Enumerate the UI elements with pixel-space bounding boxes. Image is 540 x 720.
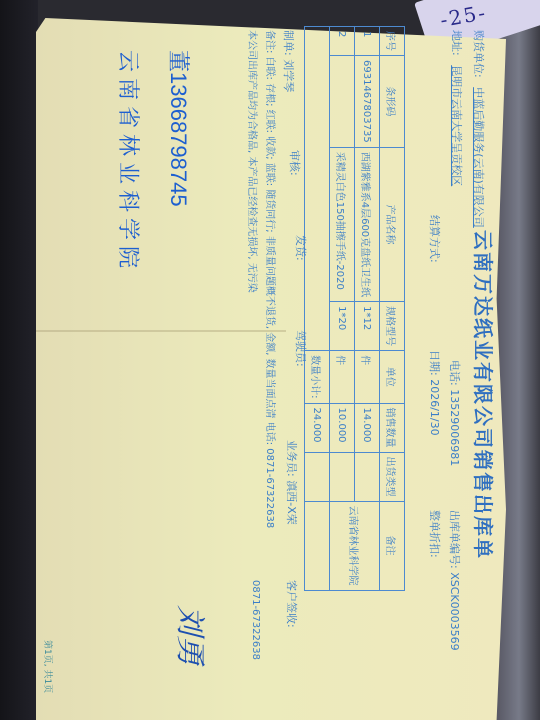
maker-value: 刘学琴 (282, 59, 295, 92)
buyer-row: 购货单位: 中蓝后勤服务(云南)有限公司 (471, 30, 487, 228)
cell-no: 1 (355, 27, 380, 56)
cell-unit: 件 (355, 351, 380, 403)
col-note: 备注 (380, 501, 405, 590)
salesman-value: 滇西-X荣 (285, 480, 298, 525)
cell-name: 采精灵白色150抽擦手纸-2020 (330, 147, 355, 301)
cell-qty: 10.000 (330, 403, 355, 452)
date-row: 日期: 2026/1/30 (427, 350, 443, 436)
cell-qty: 14.000 (355, 403, 380, 452)
col-type: 出货类型 (380, 452, 405, 501)
buyer-value: 中蓝后勤服务(云南)有限公司 (472, 87, 485, 228)
handwritten-signature: 刘勇 (171, 605, 215, 665)
maker-label: 制单: (282, 30, 295, 56)
settlement-label: 结算方式: (428, 215, 441, 263)
footer-note: 本公司出库产品均为合格品, 本产品已经检查无损坏, 无污染 (246, 30, 261, 293)
page-stamp: 第1页, 共1页 (42, 640, 55, 693)
handwritten-contact: 董13668798745 (164, 50, 195, 207)
discount-row: 整单折扣: (427, 510, 443, 558)
date-label: 日期: (428, 350, 441, 376)
salesman-row: 业务员: 滇西-X荣 (284, 440, 300, 525)
order-no-row: 出库单编号: XSCK0003569 (447, 510, 463, 651)
cell-name: 西湖紫雅系4层600克盘纸卫生纸 (355, 147, 380, 301)
maker-row: 制单: 刘学琴 (281, 30, 297, 92)
remarks: 备注: 白联: 存根; 红联: 收款; 蓝联: 随货同行; 非质量问题概不退货,… (264, 30, 279, 528)
col-spec: 规格型号 (380, 302, 405, 351)
cell-spec: 1*20 (330, 302, 355, 351)
discount-label: 整单折扣: (428, 510, 441, 558)
cell-barcode (330, 56, 355, 148)
cell-note: 云南省林业科学院 (330, 501, 380, 590)
cell-no: 2 (330, 27, 355, 56)
phone-value: 13529006981 (448, 389, 461, 466)
buyer-label: 购货单位: (472, 30, 485, 78)
customer-sign-label: 客户签收: (284, 580, 300, 628)
cell-type (355, 452, 380, 501)
col-name: 产品名称 (380, 147, 405, 301)
shipper-label: 发货: (293, 235, 309, 261)
order-no-label: 出库单编号: (448, 510, 461, 569)
date-value: 2026/1/30 (428, 379, 441, 435)
table-header: 序号 条形码 产品名称 规格型号 单位 销售数量 出货类型 备注 (380, 27, 405, 591)
address-row: 地址: 昆明市云南大学呈贡校区 (449, 30, 465, 186)
driver-label: 驾驶员: (293, 330, 309, 367)
subtotal-row: 数量小计: 24.000 (305, 27, 330, 591)
col-barcode: 条形码 (380, 56, 405, 148)
phone-label: 电话: (448, 360, 461, 386)
reviewer-label: 审核: (287, 150, 303, 176)
phone2: 0871-67322638 (250, 580, 261, 660)
cell-spec: 1*12 (355, 302, 380, 351)
address-label: 地址: (450, 30, 463, 56)
receipt-title: 云南万达纸业有限公司销售出库单 (470, 230, 499, 560)
col-no: 序号 (380, 27, 405, 56)
sales-receipt: 云南万达纸业有限公司销售出库单 购货单位: 中蓝后勤服务(云南)有限公司 地址:… (35, 20, 505, 720)
col-qty: 销售数量 (380, 403, 405, 452)
cell-barcode: 6931467803735 (355, 56, 380, 148)
items-table: 序号 条形码 产品名称 规格型号 单位 销售数量 出货类型 备注 1 69314… (304, 26, 405, 591)
order-no-value: XSCK0003569 (448, 572, 461, 650)
col-unit: 单位 (380, 351, 405, 403)
handwritten-org: 云南省林业科学院 (114, 50, 145, 274)
cell-type (330, 452, 355, 501)
subtotal-value: 24.000 (305, 403, 330, 452)
phone-row: 电话: 13529006981 (447, 360, 463, 466)
address-value: 昆明市云南大学呈贡校区 (450, 65, 463, 186)
settlement-row: 结算方式: (427, 215, 443, 263)
background-dark-left (0, 0, 38, 720)
table-row: 1 6931467803735 西湖紫雅系4层600克盘纸卫生纸 1*12 件 … (355, 27, 380, 591)
salesman-label: 业务员: (285, 440, 298, 477)
cell-unit: 件 (330, 351, 355, 403)
